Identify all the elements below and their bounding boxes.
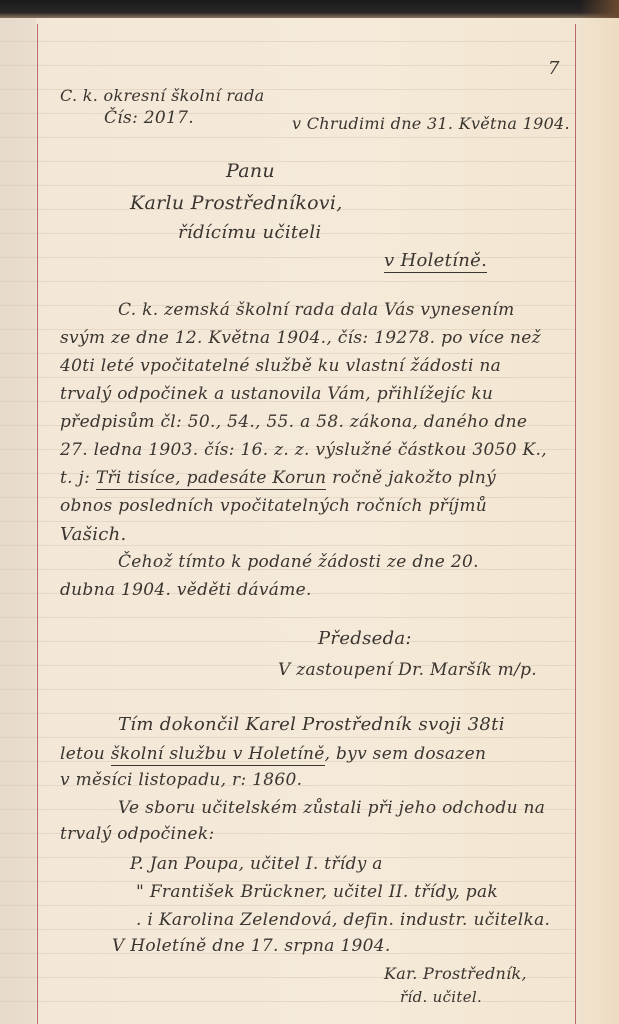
page-number: 7 (548, 58, 560, 79)
reference-number: Čís: 2017. (104, 108, 194, 128)
recipient-place: v Holetíně. (384, 250, 487, 271)
recipient-place-text: v Holetíně. (384, 250, 487, 273)
note-line-3: v měsíci listopadu, r: 1860. (60, 770, 302, 790)
body-line-7: t. j: Tři tisíce, padesáte Korun ročně j… (60, 468, 496, 488)
staff-item-1: P. Jan Poupa, učitel I. třídy a (130, 854, 383, 874)
signature-role: Předseda: (318, 628, 412, 649)
pension-amount-words: Tři tisíce, padesáte Korun (96, 468, 327, 490)
place-date: v Chrudimi dne 31. Května 1904. (292, 114, 570, 133)
closing-signature: Kar. Prostředník, (384, 964, 527, 983)
note-line-1: Tím dokončil Karel Prostředník svoji 38t… (118, 714, 505, 735)
body-line-2: svým ze dne 12. Května 1904., čís: 19278… (60, 328, 541, 348)
issuing-authority: C. k. okresní školní rada (60, 86, 265, 105)
note-line-2-prefix: letou (60, 744, 105, 764)
salutation: Panu (226, 160, 275, 182)
note-line-2: letou školní službu v Holetíně, byv sem … (60, 744, 486, 764)
body-p2-line-1: Čehož tímto k podané žádosti ze dne 20. (118, 552, 479, 572)
signature-signed: V zastoupení Dr. Maršík m/p. (278, 660, 537, 680)
body-line-7-prefix: t. j: (60, 468, 90, 488)
body-line-7-suffix: ročně jakožto plný (332, 468, 496, 488)
body-line-9: Vašich. (60, 524, 127, 545)
body-line-6: 27. ledna 1903. čís: 16. z. z. výslužné … (60, 440, 547, 460)
body-line-1: C. k. zemská školní rada dala Vás vynese… (118, 300, 515, 320)
body-line-8: obnos posledních vpočitatelných ročních … (60, 496, 487, 516)
recipient-name: Karlu Prostředníkovi, (130, 192, 343, 214)
body-line-4: trvalý odpočinek a ustanovila Vám, přihl… (60, 384, 493, 404)
left-margin-rule (37, 24, 38, 1024)
right-gutter (576, 18, 619, 1024)
school-service-underlined: školní službu v Holetíně (111, 744, 325, 766)
note-line-2-suffix: , byv sem dosazen (325, 744, 487, 764)
note-line-4: Ve sboru učitelském zůstali při jeho odc… (118, 798, 545, 818)
body-p2-line-2: dubna 1904. věděti dáváme. (60, 580, 312, 600)
closing-title: říd. učitel. (400, 988, 482, 1006)
right-margin-rule (575, 24, 576, 1024)
recipient-title: řídícímu učiteli (178, 222, 322, 243)
book-binding-strip (0, 0, 619, 18)
note-line-5: trvalý odpočinek: (60, 824, 214, 844)
closing-place-date: V Holetíně dne 17. srpna 1904. (112, 936, 391, 956)
staff-item-3: . i Karolina Zelendová, defin. industr. … (136, 910, 550, 930)
body-line-3: 40ti leté vpočitatelné službě ku vlastní… (60, 356, 501, 376)
staff-item-2: " František Brückner, učitel II. třídy, … (136, 882, 498, 902)
binding-edge (579, 0, 619, 18)
left-gutter (0, 18, 36, 1024)
body-line-5: předpisům čl: 50., 54., 55. a 58. zákona… (60, 412, 527, 432)
